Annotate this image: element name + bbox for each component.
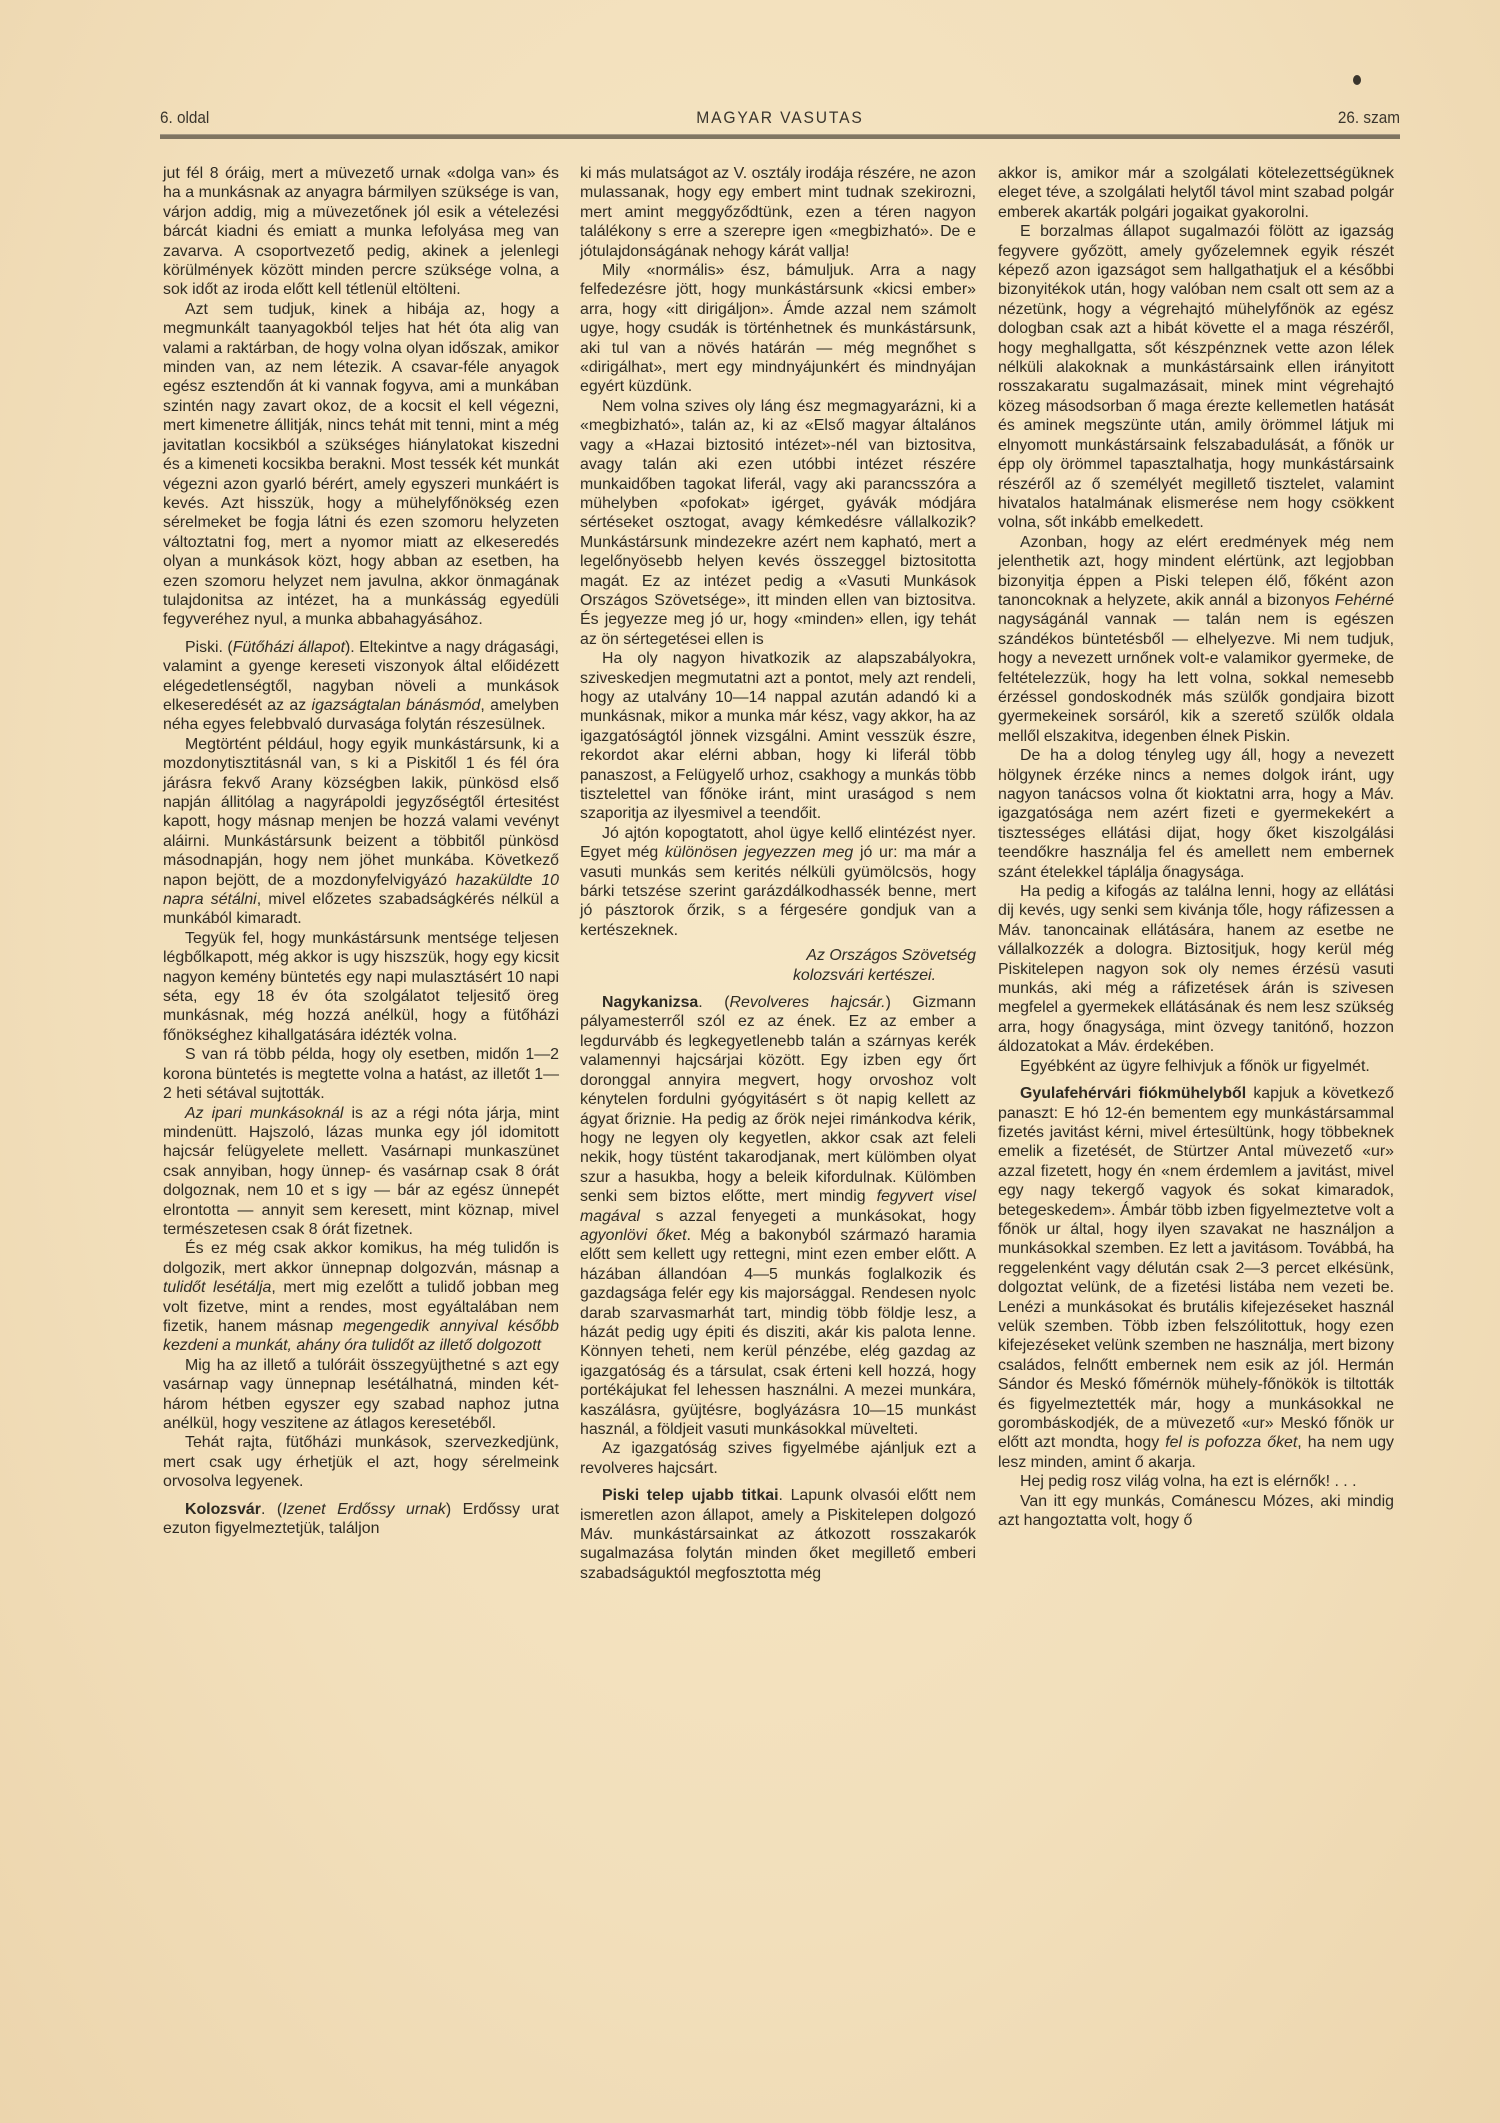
body-text: . Még a bakonyból származó haramia előtt… bbox=[580, 1227, 976, 1438]
emphasis-text: Izenet Erdőssy urnak bbox=[282, 1501, 446, 1518]
body-text: s azzal fenyegeti a munkásokat, hogy bbox=[640, 1208, 976, 1225]
article-paragraph: Nagykanizsa. (Revolveres hajcsár.) Gizma… bbox=[580, 993, 976, 1439]
article-paragraph: Ha pedig a kifogás az találna lenni, hog… bbox=[998, 882, 1394, 1057]
emphasis-text: igazságtalan bánásmód bbox=[312, 697, 481, 714]
body-text: Az igazgatóság szives figyelmébe ajánlju… bbox=[580, 1440, 976, 1476]
body-text: Ha oly nagyon hivatkozik az alapszabályo… bbox=[580, 650, 976, 822]
article-paragraph: Megtörtént például, hogy egyik munkástár… bbox=[163, 735, 559, 929]
body-text: nagyságánál vannak — talán nem is egésze… bbox=[998, 611, 1394, 744]
emphasis-text: Fehérné bbox=[1335, 592, 1394, 609]
article-heading: Kolozsvár bbox=[185, 1501, 261, 1518]
body-text: Tehát rajta, fütőházi munkások, szervezk… bbox=[163, 1434, 559, 1490]
body-text: Van itt egy munkás, Cománescu Mózes, aki… bbox=[998, 1493, 1394, 1529]
body-text: Nem volna szives oly láng ész megmagyará… bbox=[580, 398, 976, 648]
article-paragraph: Kolozsvár. (Izenet Erdőssy urnak) Erdőss… bbox=[163, 1500, 559, 1539]
signature-line: kolozsvári kertészei. bbox=[580, 966, 976, 985]
article-paragraph: Egyébként az ügyre felhivjuk a főnök ur … bbox=[998, 1057, 1394, 1076]
body-text: Egyébként az ügyre felhivjuk a főnök ur … bbox=[1020, 1058, 1370, 1075]
body-text: E borzalmas állapot sugalmazói fölött az… bbox=[998, 223, 1394, 531]
article-paragraph: Van itt egy munkás, Cománescu Mózes, aki… bbox=[998, 1492, 1394, 1531]
article-heading: Piski telep ujabb titkai bbox=[602, 1487, 779, 1504]
issue-number-label: 26. szam bbox=[1338, 108, 1400, 128]
body-text: Azt sem tudjuk, kinek a hibája az, hogy … bbox=[163, 301, 559, 629]
masthead-title: MAGYAR VASUTAS bbox=[210, 108, 1351, 128]
body-text: is az a régi nóta járja, mint mindenütt.… bbox=[163, 1105, 559, 1238]
body-text: Tegyük fel, hogy munkástársunk mentsége … bbox=[163, 930, 559, 1044]
body-text: ki más mulatságot az V. osztály irodája … bbox=[580, 165, 976, 260]
article-paragraph: Az igazgatóság szives figyelmébe ajánlju… bbox=[580, 1439, 976, 1478]
body-text: S van rá több példa, hogy oly esetben, m… bbox=[163, 1046, 559, 1102]
emphasis-text: Revolveres hajcsár. bbox=[730, 994, 886, 1011]
article-paragraph: Azonban, hogy az elért eredmények még ne… bbox=[998, 533, 1394, 746]
body-text: jut fél 8 óráig, mert a müvezető urnak «… bbox=[163, 165, 559, 298]
newspaper-page: 6. oldal MAGYAR VASUTAS 26. szam jut fél… bbox=[0, 0, 1500, 2123]
continued-paragraph: jut fél 8 óráig, mert a müvezető urnak «… bbox=[163, 164, 559, 300]
article-paragraph: Mily «normális» ész, bámuljuk. Arra a na… bbox=[580, 261, 976, 397]
body-text: És ez még csak akkor komikus, ha még tul… bbox=[163, 1240, 559, 1276]
body-text: Mily «normális» ész, bámuljuk. Arra a na… bbox=[580, 262, 976, 395]
continued-paragraph: akkor is, amikor már a szolgálati kötele… bbox=[998, 164, 1394, 222]
header-rule bbox=[160, 134, 1400, 139]
body-text: Hej pedig rosz világ volna, ha ezt is el… bbox=[1020, 1473, 1357, 1490]
article-paragraph: De ha a dolog tényleg ugy áll, hogy a ne… bbox=[998, 746, 1394, 882]
article-paragraph: Hej pedig rosz világ volna, ha ezt is el… bbox=[998, 1472, 1394, 1491]
ink-spot bbox=[1353, 75, 1361, 85]
body-text: De ha a dolog tényleg ugy áll, hogy a ne… bbox=[998, 747, 1394, 880]
page-header: 6. oldal MAGYAR VASUTAS 26. szam bbox=[160, 108, 1400, 132]
column-2: ki más mulatságot az V. osztály irodája … bbox=[580, 164, 976, 1583]
article-paragraph: Ha oly nagyon hivatkozik az alapszabályo… bbox=[580, 649, 976, 824]
article-paragraph: És ez még csak akkor komikus, ha még tul… bbox=[163, 1239, 559, 1355]
article-paragraph: E borzalmas állapot sugalmazói fölött az… bbox=[998, 222, 1394, 533]
body-text: ) Gizmann pályamesterről szól ez az ének… bbox=[580, 994, 976, 1205]
emphasis-text: Az ipari munkásoknál bbox=[185, 1105, 343, 1122]
body-text: kapjuk a következő panaszt: E hó 12-én b… bbox=[998, 1085, 1394, 1451]
body-text: Mig ha az illető a tulóráit összegyüjthe… bbox=[163, 1357, 559, 1432]
column-1: jut fél 8 óráig, mert a müvezető urnak «… bbox=[163, 164, 559, 1538]
emphasis-text: fel is pofozza őket bbox=[1165, 1434, 1297, 1451]
article-paragraph: Piski telep ujabb titkai. Lapunk olvasói… bbox=[580, 1486, 976, 1583]
column-3: akkor is, amikor már a szolgálati kötele… bbox=[998, 164, 1394, 1530]
article-paragraph: Tehát rajta, fütőházi munkások, szervezk… bbox=[163, 1433, 559, 1491]
article-paragraph: S van rá több példa, hogy oly esetben, m… bbox=[163, 1045, 559, 1103]
emphasis-text: agyonlövi őket bbox=[580, 1227, 687, 1244]
article-paragraph: Tegyük fel, hogy munkástársunk mentsége … bbox=[163, 929, 559, 1045]
emphasis-text: tulidőt lesétálja bbox=[163, 1279, 271, 1296]
article-paragraph: Jó ajtón kopogtatott, ahol ügye kellő el… bbox=[580, 824, 976, 940]
page-number-label: 6. oldal bbox=[160, 108, 209, 128]
article-paragraph: Az ipari munkásoknál is az a régi nóta j… bbox=[163, 1104, 559, 1240]
emphasis-text: Fütőházi állapot bbox=[233, 639, 345, 656]
body-text: . ( bbox=[698, 994, 729, 1011]
article-signature: Az Országos Szövetségkolozsvári kertésze… bbox=[580, 946, 976, 985]
body-text: . ( bbox=[261, 1501, 282, 1518]
article-paragraph: Piski. (Fütőházi állapot). Eltekintve a … bbox=[163, 638, 559, 735]
body-text: Ha pedig a kifogás az találna lenni, hog… bbox=[998, 883, 1394, 1055]
body-text: Megtörtént például, hogy egyik munkástár… bbox=[163, 736, 559, 889]
article-heading: Gyulafehérvári fiókmühelyből bbox=[1020, 1085, 1246, 1102]
body-text: akkor is, amikor már a szolgálati kötele… bbox=[998, 165, 1394, 221]
article-paragraph: Gyulafehérvári fiókmühelyből kapjuk a kö… bbox=[998, 1084, 1394, 1472]
body-text: Piski. ( bbox=[185, 639, 233, 656]
article-paragraph: Azt sem tudjuk, kinek a hibája az, hogy … bbox=[163, 300, 559, 630]
article-paragraph: Nem volna szives oly láng ész megmagyará… bbox=[580, 397, 976, 649]
article-paragraph: Mig ha az illető a tulóráit összegyüjthe… bbox=[163, 1356, 559, 1434]
article-heading: Nagykanizsa bbox=[602, 994, 698, 1011]
emphasis-text: különösen jegyezzen meg bbox=[665, 844, 853, 861]
continued-paragraph: ki más mulatságot az V. osztály irodája … bbox=[580, 164, 976, 261]
signature-line: Az Országos Szövetség bbox=[580, 946, 976, 965]
